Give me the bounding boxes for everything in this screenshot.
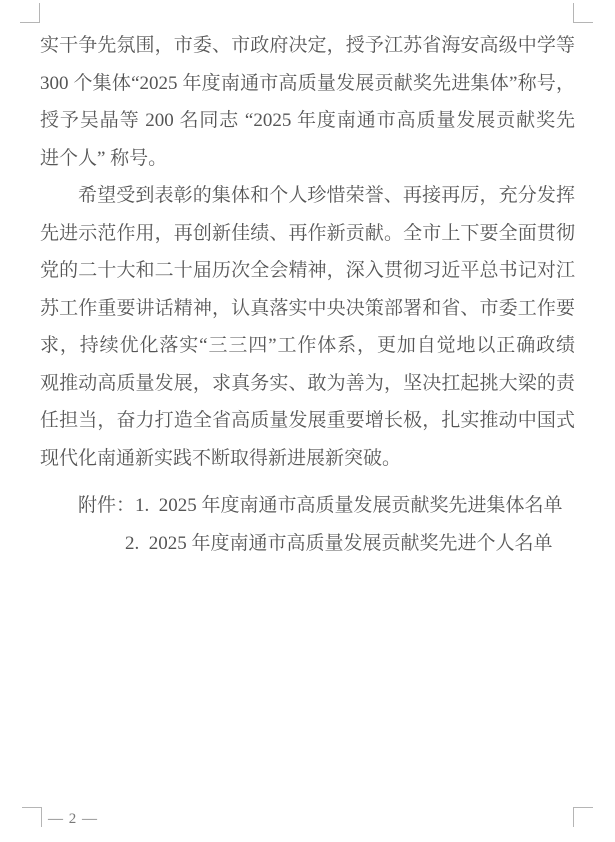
body-line: 实干争先氛围，市委、市政府决定，授予江苏省海安高级中学等 (40, 27, 575, 65)
attachment-title: 2025 年度南通市高质量发展贡献奖先进集体名单 (159, 495, 563, 516)
body-line: 苏工作重要讲话精神，认真落实中央决策部署和省、市委工作要 (40, 290, 575, 328)
body-line: 党的二十大和二十届历次全会精神，深入贯彻习近平总书记对江 (40, 252, 575, 290)
attachments-block: 附件：1.2025 年度南通市高质量发展贡献奖先进集体名单 2.2025 年度南… (40, 487, 575, 562)
document-page: 实干争先氛围，市委、市政府决定，授予江苏省海安高级中学等 300 个集体“202… (0, 0, 615, 842)
attachment-number: 1. (135, 495, 149, 516)
body-line: 现代化南通新实践不断取得新进展新突破。 (40, 440, 575, 478)
body-line: 希望受到表彰的集体和个人珍惜荣誉、再接再厉，充分发挥 (40, 177, 575, 215)
document-body: 实干争先氛围，市委、市政府决定，授予江苏省海安高级中学等 300 个集体“202… (40, 27, 575, 562)
attachment-title: 2025 年度南通市高质量发展贡献奖先进个人名单 (149, 533, 553, 554)
crop-mark-bottom-left (22, 807, 42, 827)
attachment-number: 2. (125, 533, 139, 554)
body-line: 求，持续优化落实“三三四”工作体系，更加自觉地以正确政绩 (40, 327, 575, 365)
attachment-item: 2.2025 年度南通市高质量发展贡献奖先进个人名单 (40, 525, 575, 563)
crop-mark-bottom-right (573, 807, 593, 827)
page-number: — 2 — (48, 811, 98, 828)
crop-mark-top-right (573, 3, 593, 23)
attachment-item: 附件：1.2025 年度南通市高质量发展贡献奖先进集体名单 (40, 487, 575, 525)
body-line: 授予吴晶等 200 名同志 “2025 年度南通市高质量发展贡献奖先 (40, 102, 575, 140)
body-line: 任担当，奋力打造全省高质量发展重要增长极，扎实推动中国式 (40, 402, 575, 440)
body-line: 进个人” 称号。 (40, 140, 575, 178)
body-line: 300 个集体“2025 年度南通市高质量发展贡献奖先进集体”称号， (40, 65, 575, 103)
attachments-label: 附件： (78, 495, 135, 516)
crop-mark-top-left (20, 3, 40, 23)
body-line: 先进示范作用，再创新佳绩、再作新贡献。全市上下要全面贯彻 (40, 215, 575, 253)
body-line: 观推动高质量发展，求真务实、敢为善为，坚决扛起挑大梁的责 (40, 365, 575, 403)
